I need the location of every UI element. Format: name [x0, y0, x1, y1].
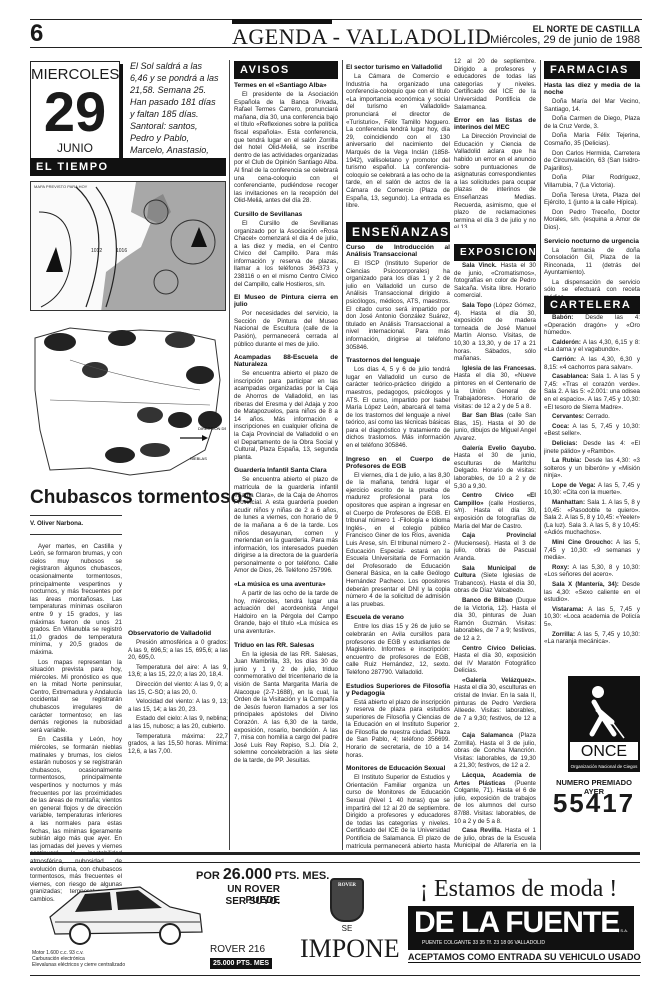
exhibit-item: Sala Vinck. Hasta el 30 de junio, «Croma…: [454, 262, 536, 300]
cinema-item: Calderón: A las 4,30, 6,15 y 8: «La dama…: [544, 339, 640, 354]
castilla-map-icon: DIRECCION DEL VIENTO NIEBLAS: [30, 320, 226, 480]
weather-paragraph: Los mapas representan la situación previ…: [30, 659, 122, 735]
ad-border-top: [30, 862, 640, 863]
notice-text: En la iglesia de las RR. Salesas, Juan M…: [234, 651, 338, 765]
cinema-item: Lope de Vega: A las 5, 7,45 y 10,30: «Ci…: [544, 482, 640, 497]
cinema-item: Manhattan: Sala 1. A las 5, 8 y 10,45: «…: [544, 499, 640, 537]
observatory-line: Velocidad del viento: A las 9, 13; a las…: [128, 698, 228, 713]
exhibit-item: Centro Cívico «El Campillo» (calle Hosti…: [454, 492, 536, 530]
pharmacy-item: Don Pedro Treceño, Doctor Morales, s/n. …: [544, 209, 640, 232]
course-title: Curso de Introducción al Análisis Transa…: [346, 244, 450, 258]
avisos-column: Termes en el «Santiago Alba» El presiden…: [234, 76, 338, 850]
cinema-item: La Rubia: Desde las 4,30: «3 solteros y …: [544, 457, 640, 480]
pharmacy-item: Doña María Félix Tejerina, Cosmaño, 35 (…: [544, 132, 640, 147]
cinema-item: Sala X (Mantería, 34): Desde las 4,30: «…: [544, 581, 640, 604]
course-text: El viernes, día 1 de julio, a las 8,30 d…: [346, 472, 450, 609]
notice-text: El Cursillo de Sevillanas organizado por…: [234, 220, 338, 288]
exhibit-item: Galería Evelio Gayubo. Hasta el 30 de ju…: [454, 445, 536, 491]
rover-impone: IMPONE: [300, 934, 400, 964]
observatory-title: Observatorio de Valladolid: [128, 630, 228, 637]
newspaper-name: EL NORTE DE CASTILLA: [533, 24, 640, 34]
once-winning-number: 55417: [548, 788, 640, 819]
exhibit-item: Sala Topo (López Gómez, 4). Hasta el día…: [454, 302, 536, 363]
page-number: 6: [30, 20, 43, 48]
cinema-item: Cervantes: Cerrado.: [544, 413, 640, 421]
exhibit-item: Centro Cívico Delicias. Hasta el día 30,…: [454, 645, 536, 675]
calendar-day: 29: [31, 83, 119, 141]
course-title: Escuela de verano: [346, 614, 450, 621]
cinema-item: Delicias: Desde las 4: «El jinete pálido…: [544, 440, 640, 455]
cartelera-section-header: CARTELERA: [544, 296, 640, 314]
almanac-text: El Sol saldrá a las 6,46 y se pondrá a l…: [130, 60, 222, 168]
exhibit-item: «Galería Velázquez». Hasta el día 30, es…: [454, 677, 536, 730]
publication-date: Miércoles, 29 de junio de 1988: [490, 34, 640, 46]
notice-title: «La música es una aventura»: [234, 581, 338, 588]
rover-badge: 25.000 PTS. MES: [210, 958, 272, 969]
svg-text:MAPA PREVISTO PARA HOY: MAPA PREVISTO PARA HOY: [34, 184, 88, 189]
column-divider: [540, 60, 541, 850]
rover-se: SE: [336, 924, 358, 933]
exhibit-item: Caja Salamanca (Plaza Zorrilla). Hasta e…: [454, 732, 536, 770]
cartelera-column: Babón: Desde las 4: «Operación dragón» y…: [544, 314, 640, 672]
column4-top: 12 al 20 de septiembre. Dirigido a profe…: [454, 58, 536, 228]
dealer-name: DE LA FUENTE: [408, 906, 634, 940]
weather-column-1: V. Oliver Narbona. Ayer martes, en Casti…: [30, 515, 122, 906]
rover-car-image: [40, 872, 210, 952]
night-service-title: Servicio nocturno de urgencia: [544, 238, 640, 245]
pharmacy-item: Doña María del Mar Vecino, Santiago, 14.: [544, 98, 640, 113]
notice-text: A partir de las ocho de la tarde de hoy,…: [234, 590, 338, 636]
column-divider: [342, 60, 343, 850]
weather-map-europe: MAPA PREVISTO PARA HOY 1012 1016: [30, 181, 226, 311]
exhibit-item: Lácqua, Academia de Artes Plásticas (Pue…: [454, 772, 536, 825]
car-icon: [40, 872, 210, 952]
notice-text: Por necesidades del servicio, la Sección…: [234, 310, 338, 348]
observatory-line: Presión atmosférica a 0 grados: A las 9,…: [128, 639, 228, 662]
notice-title: Triduo en las RR. Salesas: [234, 642, 338, 649]
ad-slogan: ¡ Estamos de moda !: [420, 876, 617, 903]
course-title: Estudios Superiores de Filosofía y Pedag…: [346, 683, 450, 697]
byline-rule: [30, 534, 122, 535]
svg-text:1012: 1012: [91, 248, 102, 254]
farmacias-subtitle: Hasta las diez y media de la noche: [544, 82, 640, 96]
cinema-item: Mini Cine Groucho: A las 5, 7,45 y 10,30…: [544, 539, 640, 562]
ad-border-bottom: [30, 975, 640, 976]
observatory-line: Estado del cielo: A las 9, neblina; a la…: [128, 715, 228, 730]
night-service-text: La farmacia de doña Consolación Gil, Pla…: [544, 247, 640, 277]
exposiciones-section-header: EXPOSICIONES: [454, 244, 536, 261]
weather-headline: Chubascos tormentosos: [30, 487, 253, 509]
weather-map-castilla: DIRECCION DEL VIENTO NIEBLAS: [30, 320, 226, 480]
article-title: El sector turismo en Valladolid: [346, 64, 450, 71]
exposiciones-column: Sala Vinck. Hasta el 30 de junio, «Croma…: [454, 262, 536, 850]
svg-text:Organización Nacional de Ciego: Organización Nacional de Ciegos: [571, 764, 639, 769]
course-text: Los días 4, 5 y 6 de julio tendrá lugar …: [346, 366, 450, 450]
notice-text: Se encuentra abierto el plazo de inscrip…: [234, 370, 338, 461]
rover-line3: SER SUYO.: [218, 896, 280, 907]
course-text: El Instituto Superior de Estudios y Orie…: [346, 774, 450, 850]
cinema-item: Zorrilla: A las 5, 7,45 y 10,30: «La nar…: [544, 631, 640, 646]
svg-text:1016: 1016: [116, 248, 127, 254]
dealer-suffix: MOTOR, S.A.: [603, 928, 628, 933]
observatory-line: Temperatura del aire: A las 9, 13,6; a l…: [128, 664, 228, 679]
notice-title: Acampadas 88-Escuela de Naturaleza: [234, 354, 338, 368]
exhibit-item: Banco de Bilbao (Duque de la Victoria, 1…: [454, 597, 536, 643]
article-text: La Cámara de Comercio e Industria ha org…: [346, 73, 450, 210]
course-title: Ingreso en el Cuerpo de Profesores de EG…: [346, 456, 450, 470]
pharmacy-item: Doña Carmen de Diego, Plaza de la Cruz V…: [544, 115, 640, 130]
dealer-banner: DE LA FUENTE MOTOR, S.A. PUENTE COLGANTE…: [408, 906, 634, 950]
byline: V. Oliver Narbona.: [30, 515, 122, 528]
tourism-article: El sector turismo en Valladolid La Cámar…: [346, 58, 450, 218]
continued-text: 12 al 20 de septiembre. Dirigido a profe…: [454, 58, 536, 111]
rover-specs: Motor 1.600 c.c. 93 c.v. Carburación ele…: [32, 950, 125, 968]
farmacias-column: Hasta las diez y media de la noche Doña …: [544, 76, 640, 304]
course-text: Está abierto el plazo de inscripción y r…: [346, 699, 450, 760]
exhibit-item: Caja Provincial (Muciensesi). Hasta el 3…: [454, 532, 536, 562]
svg-text:NIEBLAS: NIEBLAS: [190, 456, 207, 461]
weather-section-header: EL TIEMPO: [30, 158, 226, 176]
observatory-line: Temperatura máxima: 22,7 grados, a las 1…: [128, 733, 228, 756]
article-text: La Dirección Provincial de Educación y C…: [454, 133, 536, 228]
cinema-item: Coca: A las 5, 7,45 y 10,30: «Best selle…: [544, 423, 640, 438]
observatory-line: Dirección del viento: A las 9, 0; a las …: [128, 681, 228, 696]
rover-logo-shield: ROVER: [330, 878, 364, 922]
calendar-month: JUNIO: [31, 141, 119, 155]
course-text: El ISCP (Instituto Superior de Ciencias …: [346, 260, 450, 351]
cinema-item: Babón: Desde las 4: «Operación dragón» y…: [544, 314, 640, 337]
dealer-tagline: ACEPTAMOS COMO ENTRADA SU VEHICULO USADO: [408, 952, 641, 963]
exhibit-item: Casa Revilla. Hasta el 1 de julio, obras…: [454, 827, 536, 850]
cinema-item: Carrión: A las 4,30, 6,30 y 8,15: «4 cac…: [544, 356, 640, 371]
europe-map-icon: MAPA PREVISTO PARA HOY 1012 1016: [31, 182, 226, 311]
weather-column-2: Observatorio de Valladolid Presión atmos…: [128, 508, 228, 757]
pharmacy-item: Doña Pilar Rodríguez, Villarrubia, 7 (La…: [544, 174, 640, 189]
notice-title: Termes en el «Santiago Alba»: [234, 82, 338, 89]
course-title: Monitores de Educación Sexual: [346, 765, 450, 772]
dealer-address: PUENTE COLGANTE 33 35 Tf. 23 18 06 VALLA…: [408, 940, 634, 946]
pharmacy-item: Doña Teresa Ureta, Plaza del Ejército, 1…: [544, 192, 640, 207]
pharmacy-item: Don Carlos Hermida, Carretera de Circunv…: [544, 150, 640, 173]
header-rule-top: [30, 19, 642, 20]
article-title: Error en las listas de interinos del MEC: [454, 117, 536, 131]
cinema-item: Roxy: A las 5,30, 8 y 10,30: «Los señore…: [544, 564, 640, 579]
notice-text: El presidente de la Asociación Española …: [234, 91, 338, 205]
ad-rule: [30, 852, 640, 855]
notice-title: Guardería Infantil Santa Clara: [234, 467, 338, 474]
cinema-item: Casablanca: Sala 1. A las 5 y 7,45: «Tra…: [544, 373, 640, 411]
ensenanzas-column: Curso de Introducción al Análisis Transa…: [346, 238, 450, 850]
exhibit-item: Iglesia de las Francesas. Hasta el día 3…: [454, 365, 536, 411]
exhibit-item: Sala Municipal de Cultura (Siete Iglesia…: [454, 565, 536, 595]
course-text: Entre los días 15 y 26 de julio se celeb…: [346, 623, 450, 676]
exhibit-item: Bar San Blas (calle San Blas, 15). Hasta…: [454, 412, 536, 442]
weather-paragraph: Ayer martes, en Castilla y León, se form…: [30, 543, 122, 657]
header-rule-bottom: [30, 47, 642, 48]
calendar-box: MIERCOLES 29 JUNIO: [30, 61, 120, 169]
rover-price-line: POR 26.000 PTS. MES.: [196, 866, 329, 884]
blind-person-icon: ONCE Organización Nacional de Ciegos: [568, 676, 640, 772]
once-logo: ONCE Organización Nacional de Ciegos: [568, 676, 640, 772]
notice-text: Se encuentra abierto el plazo de matrícu…: [234, 476, 338, 575]
rover-model: ROVER 216: [210, 944, 265, 955]
cinema-item: Vistarama: A las 5, 7,45 y 10,30: «Loca …: [544, 606, 640, 629]
svg-text:DIRECCION DEL VIENTO: DIRECCION DEL VIENTO: [198, 426, 226, 431]
notice-title: Cursillo de Sevillanas: [234, 211, 338, 218]
column-divider: [229, 60, 230, 850]
svg-text:ONCE: ONCE: [581, 743, 627, 760]
notice-title: El Museo de Pintura cierra en julio: [234, 294, 338, 308]
course-title: Trastornos del lenguaje: [346, 357, 450, 364]
